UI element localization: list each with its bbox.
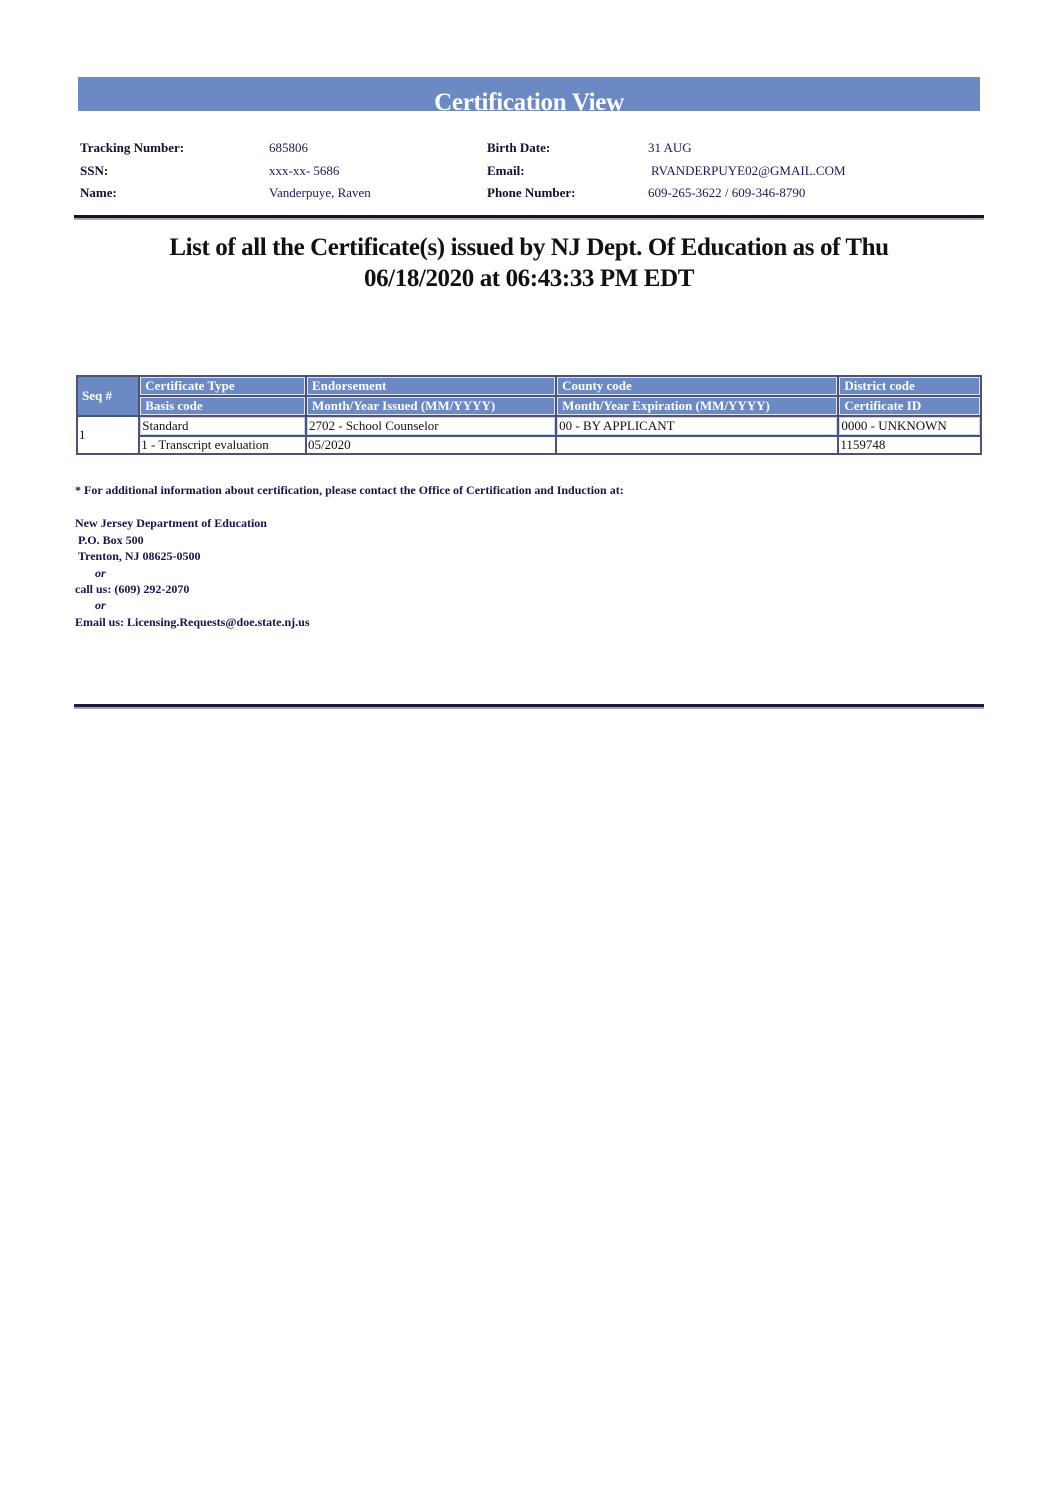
info-row-tracking: Tracking Number: 685806 Birth Date: 31 A… <box>80 140 980 163</box>
cell-district-code: 0000 - UNKNOWN <box>839 417 980 435</box>
cell-seq: 1 <box>78 417 138 453</box>
table-row: 1 Standard 2702 - School Counselor 00 - … <box>78 417 980 435</box>
info-row-name: Name: Vanderpuye, Raven Phone Number: 60… <box>80 185 980 208</box>
header-month-year-issued: Month/Year Issued (MM/YYYY) <box>307 397 555 415</box>
divider-bottom <box>74 704 984 709</box>
phone-label: Phone Number: <box>487 185 575 201</box>
page-title: Certification View <box>434 86 624 111</box>
header-county-code: County code <box>557 377 837 395</box>
table-header-row-1: Seq # Certificate Type Endorsement Count… <box>78 377 980 395</box>
heading-line-1: List of all the Certificate(s) issued by… <box>74 232 984 263</box>
divider-top <box>74 215 984 220</box>
header-basis-code: Basis code <box>140 397 305 415</box>
ssn-label: SSN: <box>80 163 108 179</box>
contact-phone: call us: (609) 292-2070 <box>75 581 624 597</box>
cell-certificate-type: Standard <box>140 417 305 435</box>
contact-email: Email us: Licensing.Requests@doe.state.n… <box>75 614 624 630</box>
birth-date-label: Birth Date: <box>487 140 550 156</box>
header-certificate-type: Certificate Type <box>140 377 305 395</box>
contact-or-1: or <box>75 565 624 581</box>
contact-or-2: or <box>75 597 624 613</box>
header-certificate-id: Certificate ID <box>839 397 980 415</box>
contact-city: Trenton, NJ 08625-0500 <box>75 548 624 564</box>
cell-basis-code: 1 - Transcript evaluation <box>140 437 305 453</box>
tracking-number-value: 685806 <box>269 140 308 156</box>
email-value: RVANDERPUYE02@GMAIL.COM <box>651 163 846 179</box>
birth-date-value: 31 AUG <box>648 140 692 156</box>
cell-endorsement: 2702 - School Counselor <box>307 417 555 435</box>
ssn-value: xxx-xx- 5686 <box>269 163 339 179</box>
header-endorsement: Endorsement <box>307 377 555 395</box>
header-district-code: District code <box>839 377 980 395</box>
email-label: Email: <box>487 163 525 179</box>
cell-issued: 05/2020 <box>307 437 555 453</box>
cell-certificate-id: 1159748 <box>839 437 980 453</box>
tracking-number-label: Tracking Number: <box>80 140 184 156</box>
header-seq: Seq # <box>78 377 138 415</box>
table-header-row-2: Basis code Month/Year Issued (MM/YYYY) M… <box>78 397 980 415</box>
contact-po-box: P.O. Box 500 <box>75 532 624 548</box>
table-row-detail: 1 - Transcript evaluation 05/2020 115974… <box>78 437 980 453</box>
name-value: Vanderpuye, Raven <box>269 185 371 201</box>
certification-view-banner: Certification View <box>78 77 980 111</box>
certificates-table: Seq # Certificate Type Endorsement Count… <box>76 375 982 455</box>
applicant-info: Tracking Number: 685806 Birth Date: 31 A… <box>80 140 980 208</box>
contact-note: * For additional information about certi… <box>75 482 624 498</box>
cell-county-code: 00 - BY APPLICANT <box>557 417 837 435</box>
heading-line-2: 06/18/2020 at 06:43:33 PM EDT <box>74 263 984 294</box>
cell-expiration <box>557 437 837 453</box>
header-month-year-expiration: Month/Year Expiration (MM/YYYY) <box>557 397 837 415</box>
certificates-heading: List of all the Certificate(s) issued by… <box>74 232 984 294</box>
phone-value: 609-265-3622 / 609-346-8790 <box>648 185 805 201</box>
contact-org: New Jersey Department of Education <box>75 515 624 531</box>
info-row-ssn: SSN: xxx-xx- 5686 Email: RVANDERPUYE02@G… <box>80 163 980 186</box>
name-label: Name: <box>80 185 117 201</box>
contact-info: * For additional information about certi… <box>75 482 624 630</box>
